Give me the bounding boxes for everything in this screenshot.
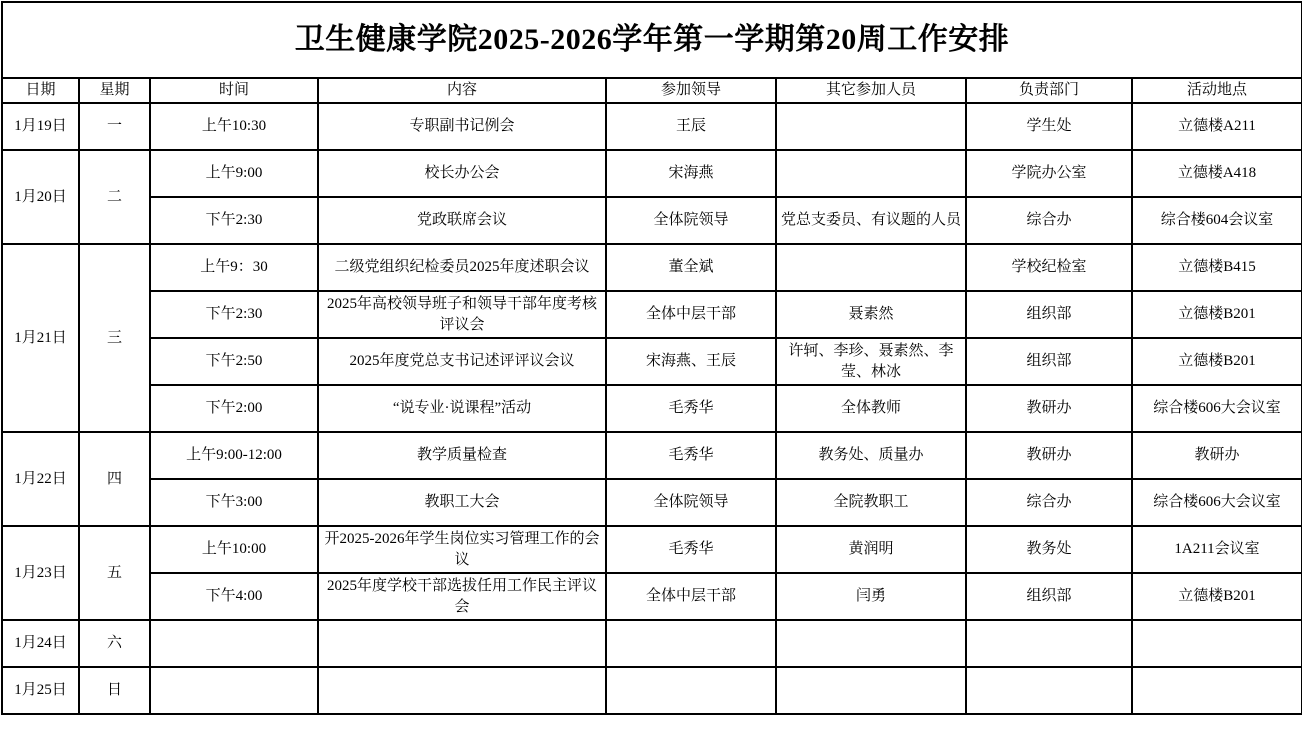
leaders-cell: 宋海燕 bbox=[606, 150, 776, 197]
time-cell: 上午9:00-12:00 bbox=[150, 432, 318, 479]
others-cell: 全体教师 bbox=[776, 385, 966, 432]
page-title: 卫生健康学院2025-2026学年第一学期第20周工作安排 bbox=[2, 2, 1302, 78]
leaders-cell: 毛秀华 bbox=[606, 432, 776, 479]
location-cell bbox=[1132, 620, 1302, 667]
table-row: 1月22日四上午9:00-12:00教学质量检查毛秀华教务处、质量办教研办教研办 bbox=[2, 432, 1302, 479]
schedule-table: 卫生健康学院2025-2026学年第一学期第20周工作安排 日期星期时间内容参加… bbox=[1, 1, 1302, 715]
time-cell: 下午4:00 bbox=[150, 573, 318, 620]
department-cell: 学生处 bbox=[966, 103, 1132, 150]
location-cell: 综合楼606大会议室 bbox=[1132, 385, 1302, 432]
department-cell: 教务处 bbox=[966, 526, 1132, 573]
location-cell: 1A211会议室 bbox=[1132, 526, 1302, 573]
location-cell: 立德楼B201 bbox=[1132, 291, 1302, 338]
table-row: 下午2:30党政联席会议全体院领导党总支委员、有议题的人员综合办综合楼604会议… bbox=[2, 197, 1302, 244]
leaders-cell bbox=[606, 667, 776, 714]
others-cell: 全院教职工 bbox=[776, 479, 966, 526]
date-cell: 1月25日 bbox=[2, 667, 79, 714]
department-cell: 教研办 bbox=[966, 432, 1132, 479]
column-header: 负责部门 bbox=[966, 78, 1132, 103]
weekday-cell: 日 bbox=[79, 667, 150, 714]
content-cell: 开2025-2026年学生岗位实习管理工作的会议 bbox=[318, 526, 606, 573]
date-cell: 1月22日 bbox=[2, 432, 79, 526]
table-row: 下午2:502025年度党总支书记述评评议会议宋海燕、王辰许轲、李珍、聂素然、李… bbox=[2, 338, 1302, 385]
location-cell: 综合楼606大会议室 bbox=[1132, 479, 1302, 526]
others-cell bbox=[776, 150, 966, 197]
weekday-cell: 三 bbox=[79, 244, 150, 432]
department-cell: 综合办 bbox=[966, 479, 1132, 526]
leaders-cell: 毛秀华 bbox=[606, 526, 776, 573]
content-cell: 二级党组织纪检委员2025年度述职会议 bbox=[318, 244, 606, 291]
title-row: 卫生健康学院2025-2026学年第一学期第20周工作安排 bbox=[2, 2, 1302, 78]
leaders-cell: 全体院领导 bbox=[606, 479, 776, 526]
column-header: 参加领导 bbox=[606, 78, 776, 103]
date-cell: 1月19日 bbox=[2, 103, 79, 150]
leaders-cell: 全体中层干部 bbox=[606, 291, 776, 338]
weekday-cell: 二 bbox=[79, 150, 150, 244]
time-cell: 上午9:00 bbox=[150, 150, 318, 197]
time-cell bbox=[150, 667, 318, 714]
weekday-cell: 六 bbox=[79, 620, 150, 667]
content-cell: 专职副书记例会 bbox=[318, 103, 606, 150]
weekday-cell: 四 bbox=[79, 432, 150, 526]
others-cell: 党总支委员、有议题的人员 bbox=[776, 197, 966, 244]
leaders-cell bbox=[606, 620, 776, 667]
column-header: 活动地点 bbox=[1132, 78, 1302, 103]
leaders-cell: 王辰 bbox=[606, 103, 776, 150]
others-cell: 黄润明 bbox=[776, 526, 966, 573]
time-cell: 上午10:00 bbox=[150, 526, 318, 573]
content-cell bbox=[318, 667, 606, 714]
others-cell: 许轲、李珍、聂素然、李莹、林冰 bbox=[776, 338, 966, 385]
location-cell: 立德楼A418 bbox=[1132, 150, 1302, 197]
content-cell: 2025年度学校干部选拔任用工作民主评议会 bbox=[318, 573, 606, 620]
time-cell: 下午3:00 bbox=[150, 479, 318, 526]
others-cell: 闫勇 bbox=[776, 573, 966, 620]
date-cell: 1月23日 bbox=[2, 526, 79, 620]
header-row: 日期星期时间内容参加领导其它参加人员负责部门活动地点 bbox=[2, 78, 1302, 103]
work-schedule-document: 卫生健康学院2025-2026学年第一学期第20周工作安排 日期星期时间内容参加… bbox=[0, 0, 1302, 744]
department-cell bbox=[966, 620, 1132, 667]
location-cell: 教研办 bbox=[1132, 432, 1302, 479]
time-cell: 下午2:30 bbox=[150, 197, 318, 244]
leaders-cell: 董全斌 bbox=[606, 244, 776, 291]
others-cell bbox=[776, 620, 966, 667]
table-row: 1月21日三上午9：30二级党组织纪检委员2025年度述职会议董全斌学校纪检室立… bbox=[2, 244, 1302, 291]
column-header: 日期 bbox=[2, 78, 79, 103]
date-cell: 1月21日 bbox=[2, 244, 79, 432]
time-cell bbox=[150, 620, 318, 667]
others-cell bbox=[776, 244, 966, 291]
others-cell bbox=[776, 103, 966, 150]
content-cell: “说专业·说课程”活动 bbox=[318, 385, 606, 432]
table-row: 下午2:00“说专业·说课程”活动毛秀华全体教师教研办综合楼606大会议室 bbox=[2, 385, 1302, 432]
others-cell: 教务处、质量办 bbox=[776, 432, 966, 479]
department-cell: 教研办 bbox=[966, 385, 1132, 432]
leaders-cell: 全体中层干部 bbox=[606, 573, 776, 620]
time-cell: 上午9：30 bbox=[150, 244, 318, 291]
table-row: 下午4:002025年度学校干部选拔任用工作民主评议会全体中层干部闫勇组织部立德… bbox=[2, 573, 1302, 620]
table-row: 1月24日六 bbox=[2, 620, 1302, 667]
content-cell bbox=[318, 620, 606, 667]
column-header: 时间 bbox=[150, 78, 318, 103]
time-cell: 下午2:50 bbox=[150, 338, 318, 385]
others-cell bbox=[776, 667, 966, 714]
location-cell: 综合楼604会议室 bbox=[1132, 197, 1302, 244]
department-cell: 学校纪检室 bbox=[966, 244, 1132, 291]
location-cell: 立德楼B201 bbox=[1132, 338, 1302, 385]
department-cell: 综合办 bbox=[966, 197, 1132, 244]
time-cell: 下午2:30 bbox=[150, 291, 318, 338]
time-cell: 上午10:30 bbox=[150, 103, 318, 150]
location-cell bbox=[1132, 667, 1302, 714]
column-header: 内容 bbox=[318, 78, 606, 103]
content-cell: 校长办公会 bbox=[318, 150, 606, 197]
leaders-cell: 毛秀华 bbox=[606, 385, 776, 432]
time-cell: 下午2:00 bbox=[150, 385, 318, 432]
date-cell: 1月24日 bbox=[2, 620, 79, 667]
column-header: 其它参加人员 bbox=[776, 78, 966, 103]
weekday-cell: 五 bbox=[79, 526, 150, 620]
department-cell: 组织部 bbox=[966, 338, 1132, 385]
table-row: 1月20日二上午9:00校长办公会宋海燕学院办公室立德楼A418 bbox=[2, 150, 1302, 197]
location-cell: 立德楼A211 bbox=[1132, 103, 1302, 150]
department-cell: 组织部 bbox=[966, 291, 1132, 338]
location-cell: 立德楼B415 bbox=[1132, 244, 1302, 291]
content-cell: 教职工大会 bbox=[318, 479, 606, 526]
table-row: 1月23日五上午10:00开2025-2026年学生岗位实习管理工作的会议毛秀华… bbox=[2, 526, 1302, 573]
column-header: 星期 bbox=[79, 78, 150, 103]
others-cell: 聂素然 bbox=[776, 291, 966, 338]
leaders-cell: 宋海燕、王辰 bbox=[606, 338, 776, 385]
location-cell: 立德楼B201 bbox=[1132, 573, 1302, 620]
content-cell: 2025年度党总支书记述评评议会议 bbox=[318, 338, 606, 385]
department-cell: 组织部 bbox=[966, 573, 1132, 620]
leaders-cell: 全体院领导 bbox=[606, 197, 776, 244]
date-cell: 1月20日 bbox=[2, 150, 79, 244]
table-row: 1月19日一上午10:30专职副书记例会王辰学生处立德楼A211 bbox=[2, 103, 1302, 150]
weekday-cell: 一 bbox=[79, 103, 150, 150]
content-cell: 教学质量检查 bbox=[318, 432, 606, 479]
department-cell: 学院办公室 bbox=[966, 150, 1132, 197]
table-row: 1月25日日 bbox=[2, 667, 1302, 714]
content-cell: 党政联席会议 bbox=[318, 197, 606, 244]
department-cell bbox=[966, 667, 1132, 714]
table-row: 下午2:302025年高校领导班子和领导干部年度考核评议会全体中层干部聂素然组织… bbox=[2, 291, 1302, 338]
content-cell: 2025年高校领导班子和领导干部年度考核评议会 bbox=[318, 291, 606, 338]
table-row: 下午3:00教职工大会全体院领导全院教职工综合办综合楼606大会议室 bbox=[2, 479, 1302, 526]
